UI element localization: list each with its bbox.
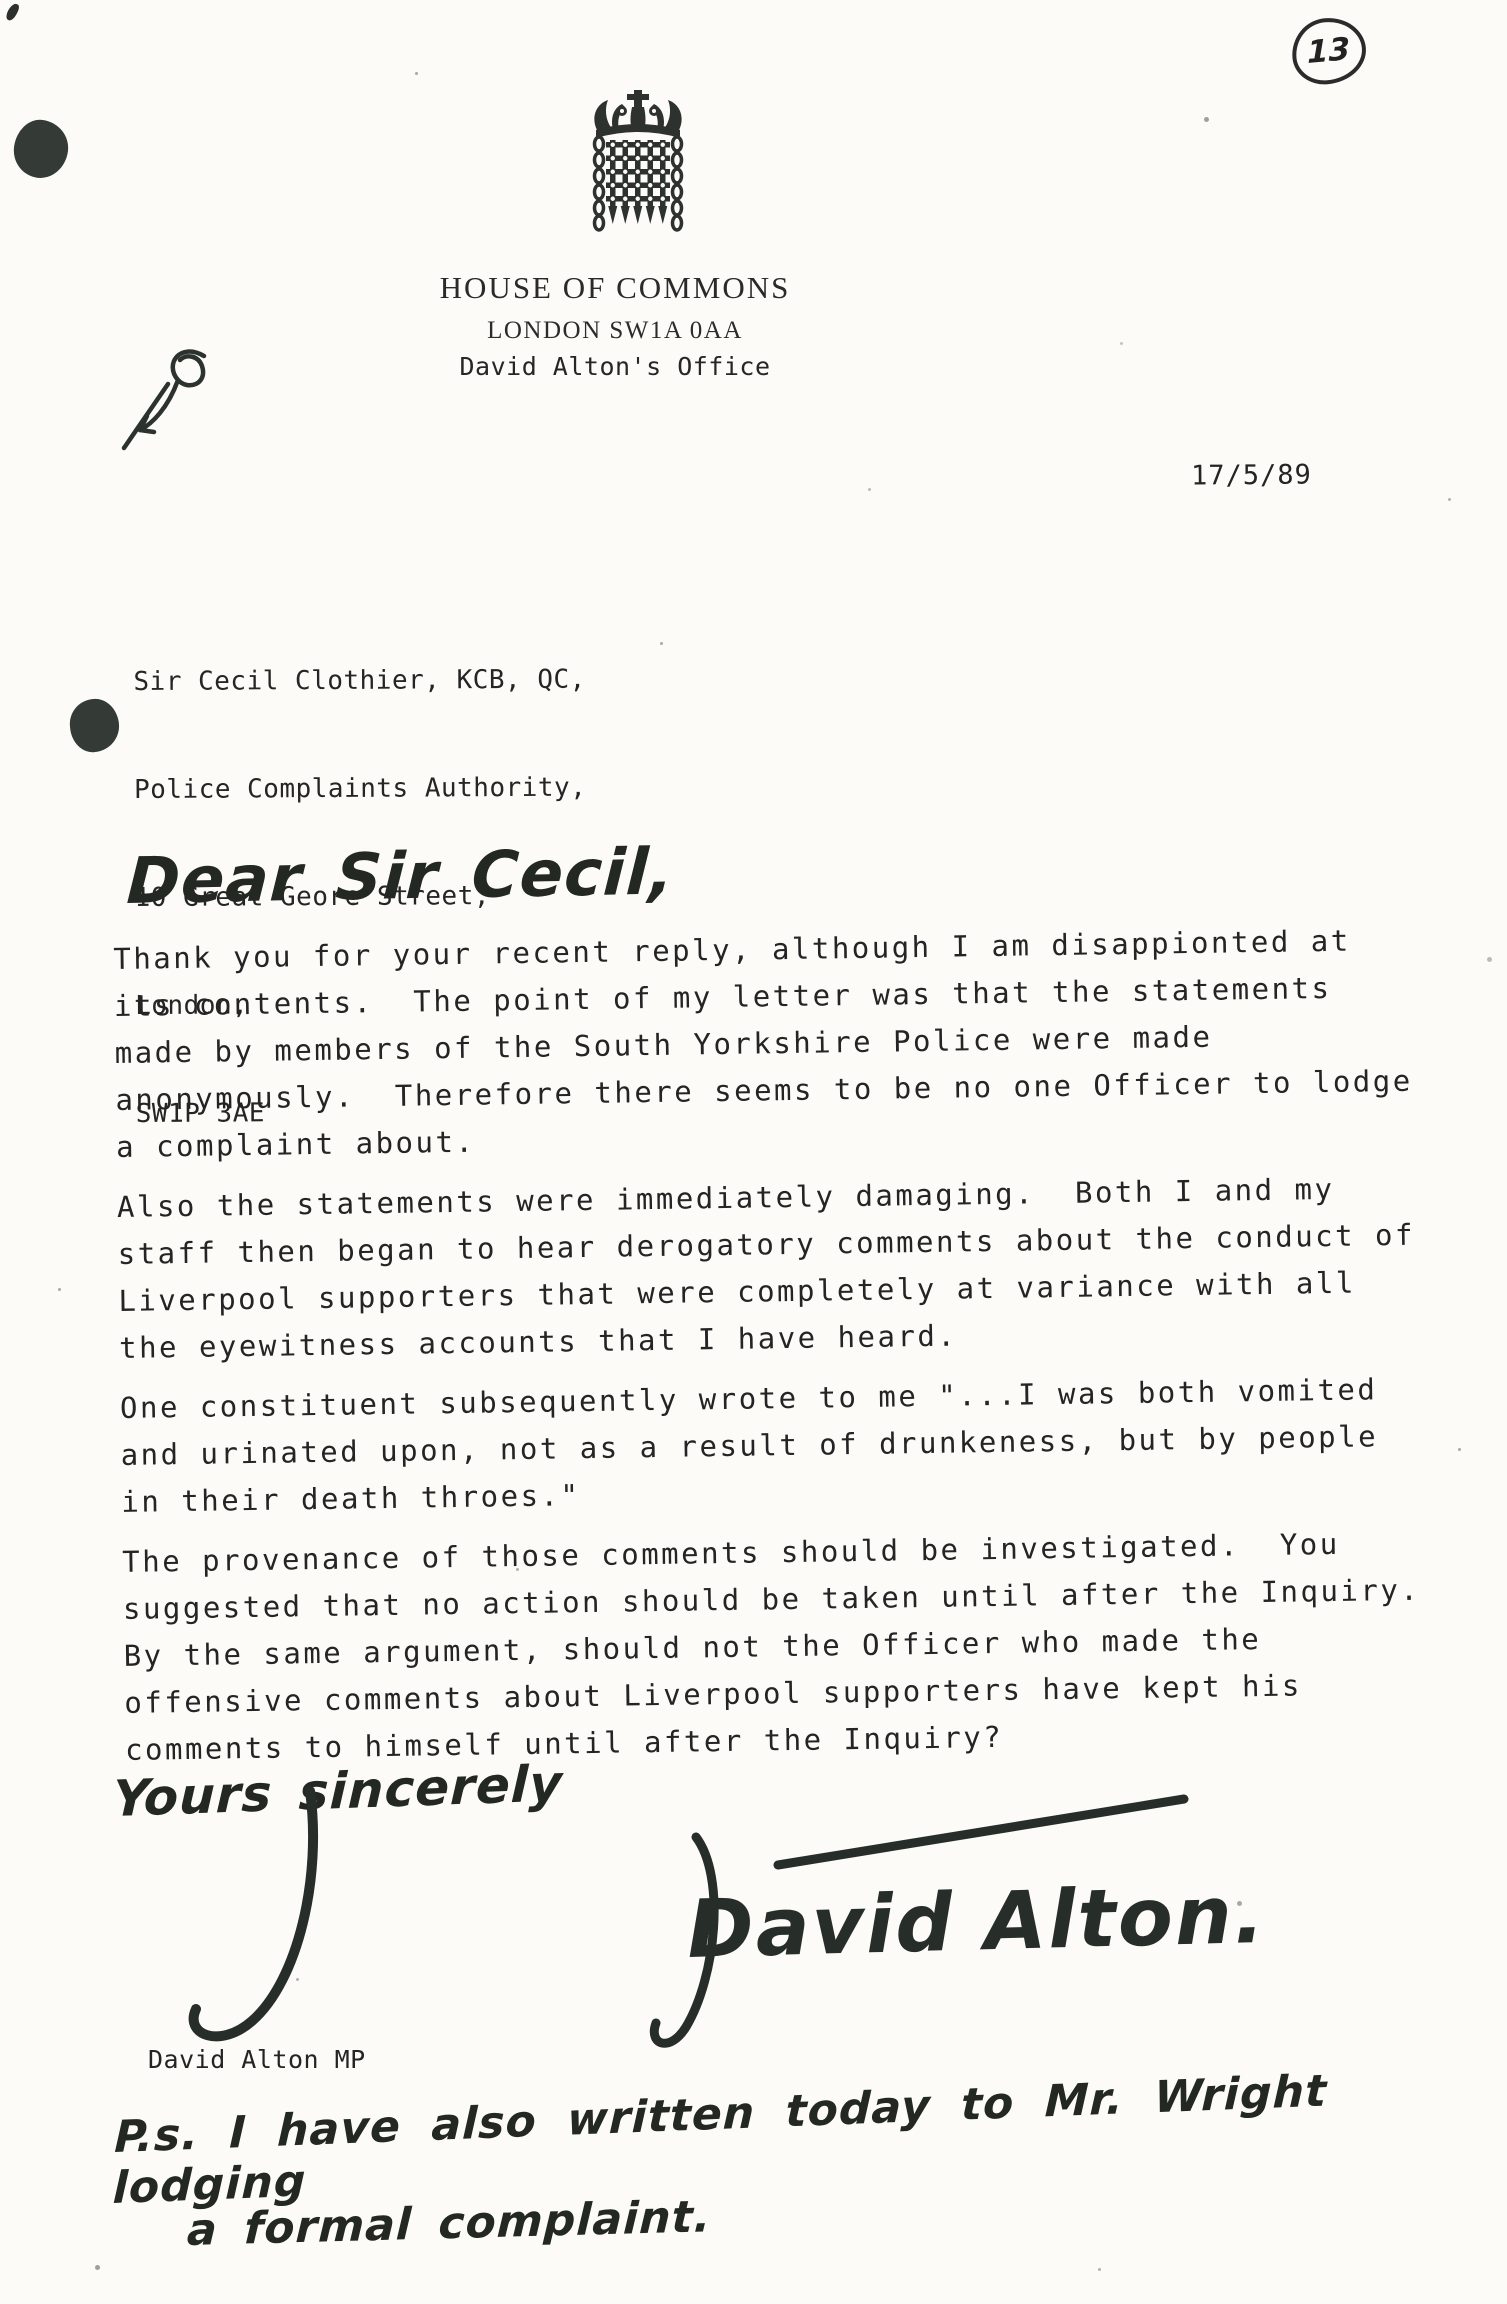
house-of-commons-crest-icon xyxy=(583,90,693,245)
body-paragraph: The provenance of those comments should … xyxy=(122,1519,1485,1774)
page-number: 13 xyxy=(1307,31,1351,71)
recipient-line: Sir Cecil Clothier, KCB, QC, xyxy=(133,662,585,700)
page-number-annotation: 13 xyxy=(1289,15,1368,87)
letter-date: 17/5/89 xyxy=(1191,459,1312,491)
signature-handwritten: David Alton. xyxy=(686,1868,1267,1976)
salutation-handwritten: Dear Sir Cecil, xyxy=(125,835,676,919)
handwritten-tick-mark xyxy=(116,346,236,461)
letterhead-title: HOUSE OF COMMONS xyxy=(265,270,965,306)
hole-punch-mark xyxy=(67,697,121,755)
recipient-line: Police Complaints Authority, xyxy=(134,770,586,808)
body-paragraph: One constituent subsequently wrote to me… xyxy=(120,1365,1482,1526)
letterhead-address: LONDON SW1A 0AA xyxy=(265,317,965,345)
scanned-letter-page: 13 xyxy=(0,0,1507,2304)
postscript-line-1: P.s. I have also written today to Mr. Wr… xyxy=(112,2059,1507,2214)
signature-flourish xyxy=(194,1791,313,2036)
scan-speckles xyxy=(0,0,3,3)
body-paragraph: Also the statements were immediately dam… xyxy=(117,1164,1480,1372)
pen-mark xyxy=(4,2,20,22)
letter-body: Thank you for your recent reply, althoug… xyxy=(113,916,1485,1787)
signature-block: David Alton. xyxy=(90,1785,1270,2075)
letterhead-office-line: David Alton's Office xyxy=(265,352,965,381)
hole-punch-mark xyxy=(10,117,72,182)
typed-sender-name: David Alton MP xyxy=(148,2045,366,2074)
signature-cross-stroke xyxy=(778,1799,1184,1865)
body-paragraph: Thank you for your recent reply, althoug… xyxy=(113,916,1476,1171)
